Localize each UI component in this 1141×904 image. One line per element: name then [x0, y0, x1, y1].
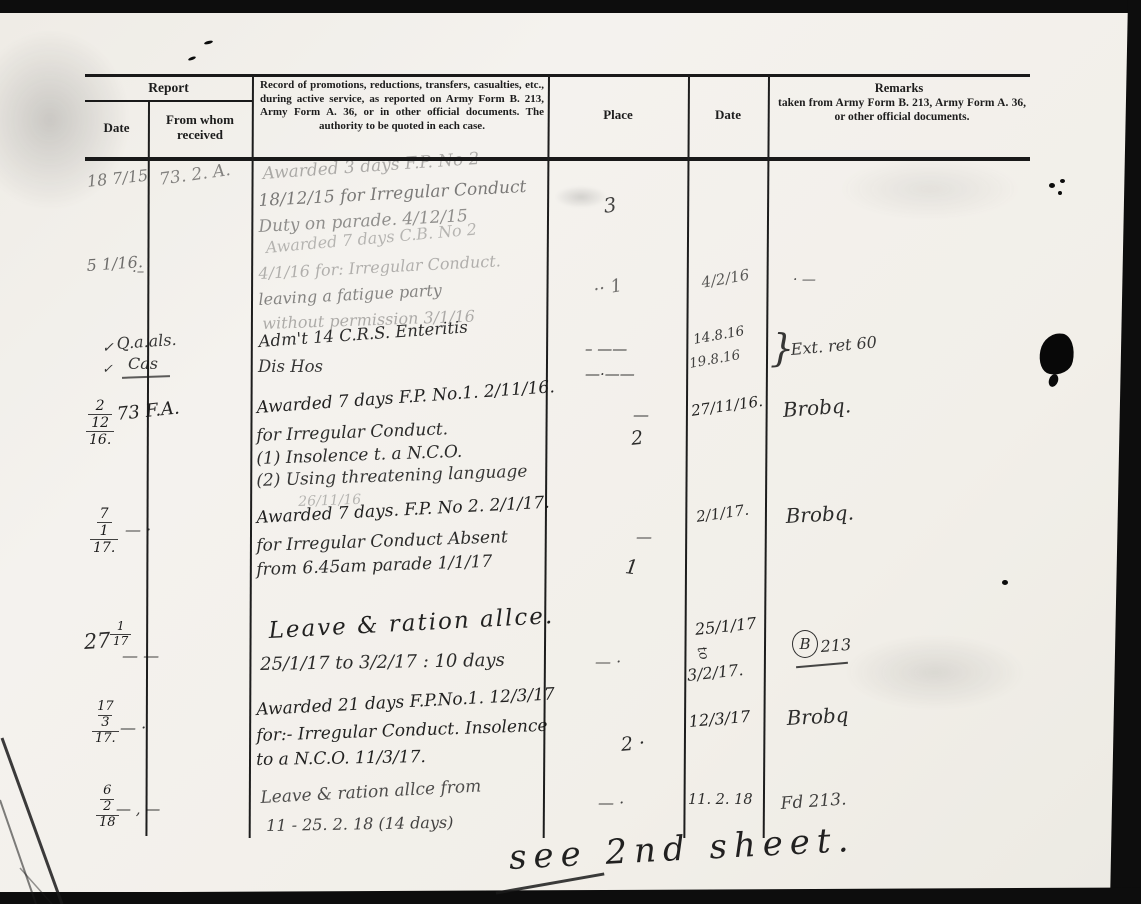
- r4-place-0: —: [636, 527, 652, 546]
- r7-record-1: 11 - 25. 2. 18 (14 days): [266, 813, 454, 835]
- smudge-remarks-top: [840, 158, 1020, 220]
- r7-date-part-1: 2: [100, 799, 114, 815]
- smudge-place-row1: [555, 186, 607, 208]
- r4-report-date: 7 1 17.: [90, 506, 118, 556]
- r3-date-part-1: 12: [88, 414, 112, 431]
- circled-b: B: [792, 630, 818, 658]
- r6-report-date: 17 3 17.: [92, 700, 119, 747]
- r4-remarks-0: Brobq.: [785, 500, 854, 528]
- r2-check-0: ✓: [102, 340, 114, 356]
- r5-remarks-circled-b: B: [792, 630, 818, 658]
- r4-from: — ·: [125, 520, 151, 539]
- r3-report-date: 2 12 16.: [86, 398, 114, 448]
- r2-from-1: Cas: [128, 354, 158, 373]
- r5-record-1: 25/1/17 to 3/2/17 : 10 days: [260, 650, 505, 675]
- r7-date-part-0: 6: [100, 784, 114, 799]
- header-remarks-title: Remarks: [768, 81, 1030, 96]
- r6-place-0: 2 ·: [620, 732, 646, 756]
- speck-4: [1002, 580, 1008, 585]
- scan-top-edge: [0, 0, 1141, 13]
- r4-date-part-2: 17.: [90, 539, 118, 556]
- r1-remarks-0: · —: [793, 272, 816, 288]
- header-remarks-body: taken from Army Form B. 213, Army Form A…: [778, 96, 1026, 124]
- r6-record-2: to a N.C.O. 11/3/17.: [256, 747, 426, 770]
- r5-date-frac-0: 1: [114, 620, 128, 634]
- r2-place-1: —·——: [585, 365, 635, 383]
- scanned-army-form: Report Date From whom received Record of…: [0, 0, 1141, 904]
- speck-3: [1058, 191, 1062, 195]
- r4-date-part-0: 7: [97, 506, 112, 522]
- r3-date-part-0: 2: [93, 398, 108, 414]
- header-place-label: Place: [548, 107, 688, 123]
- header-from-whom-label: From whom received: [150, 112, 250, 142]
- header-record-label: Record of promotions, reductions, transf…: [260, 79, 544, 133]
- r5-remarks-0: 213: [820, 635, 852, 656]
- r4-date-part-1: 1: [97, 522, 112, 539]
- smudge-remarks-mid: [845, 635, 1025, 710]
- r1-from: ·–: [132, 262, 144, 280]
- r2-check-1: ✓: [102, 362, 113, 377]
- r3-date-part-2: 16.: [86, 431, 114, 448]
- r2-place-0: – ——: [585, 340, 627, 358]
- header-report-date-label: Date: [85, 120, 148, 136]
- table-top-border: [85, 74, 1030, 77]
- header-report-label: Report: [85, 80, 252, 96]
- speck-1: [1049, 183, 1055, 188]
- r6-from: — ·: [120, 718, 146, 737]
- r5-report-date-main: 27: [83, 628, 111, 654]
- r5-from: — —: [122, 646, 159, 665]
- r3-place-1: 2: [630, 427, 644, 450]
- r5-report-date-frac: 1 17: [110, 620, 131, 649]
- r6-date-part-0: 17: [94, 700, 117, 715]
- r7-place-0: — ·: [598, 793, 624, 812]
- r6-remarks-0: Brobq: [786, 703, 849, 730]
- r6-date-part-1: 3: [98, 715, 112, 731]
- r3-place-0: —: [633, 405, 649, 424]
- r7-date-0: 11. 2. 18: [688, 792, 753, 808]
- header-date-label: Date: [688, 107, 768, 123]
- paper: [0, 12, 1130, 892]
- speck-2: [1060, 179, 1065, 183]
- r5-place-0: — ·: [595, 652, 621, 671]
- r2-record-1: Dis Hos: [258, 357, 323, 376]
- r6-date-part-2: 17.: [92, 731, 119, 747]
- r3-remarks-0: Brobq.: [782, 393, 852, 422]
- r7-from: — , —: [116, 800, 160, 818]
- report-underline: [85, 100, 252, 102]
